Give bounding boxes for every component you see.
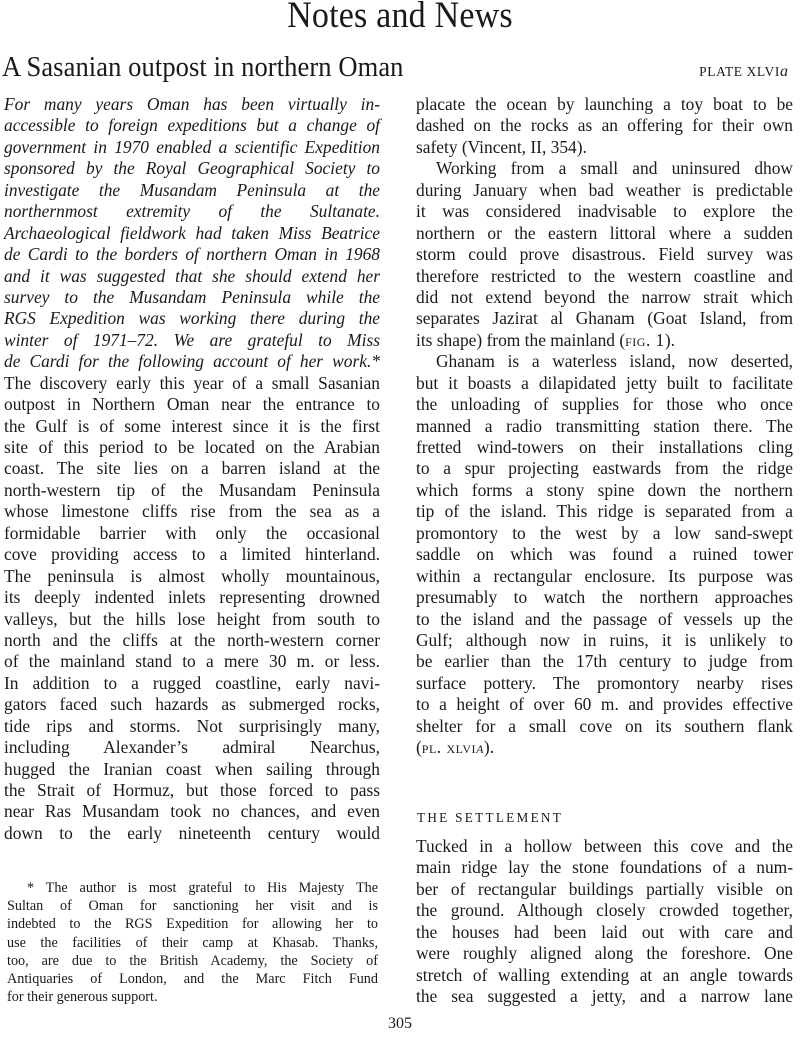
body-line: to the island and the passage of vessels… bbox=[416, 609, 793, 630]
body-line: dashed on the rocks as an offering for t… bbox=[416, 115, 793, 136]
paragraph-ghanam: Ghanam is a waterless island, now desert… bbox=[416, 351, 793, 758]
editorial-intro: For many years Oman has been virtually i… bbox=[4, 94, 380, 373]
footnote-line: Sultan of Oman for sanctioning her visit… bbox=[7, 897, 378, 915]
footnote: * The author is most grateful to His Maj… bbox=[7, 879, 378, 1006]
plate-ref-prefix: PLATE XLVI bbox=[699, 64, 780, 79]
body-line: within a rectangular enclosure. Its purp… bbox=[416, 566, 793, 587]
body-line: Working from a small and uninsured dhow bbox=[416, 158, 793, 179]
body-line: down to the early nineteenth century wou… bbox=[4, 823, 380, 844]
body-line: which forms a stony spine down the north… bbox=[416, 480, 793, 501]
body-line: the unloading of supplies for those who … bbox=[416, 394, 793, 415]
body-line: formidable barrier with only the occasio… bbox=[4, 523, 380, 544]
settlement-paragraph: Tucked in a hollow between this cove and… bbox=[416, 836, 793, 1008]
plate-ref-suffix: a bbox=[780, 63, 788, 80]
body-line: outpost in Northern Oman near the entran… bbox=[4, 394, 380, 415]
body-line: saddle on which was found a ruined tower bbox=[416, 544, 793, 565]
body-line: manned a radio transmitting station ther… bbox=[416, 416, 793, 437]
body-line: during January when bad weather is predi… bbox=[416, 180, 793, 201]
body-line: whose limestone cliffs rise from the sea… bbox=[4, 501, 380, 522]
body-line: north and the cliffs at the north-wester… bbox=[4, 630, 380, 651]
body-line: Tucked in a hollow between this cove and… bbox=[416, 836, 793, 857]
body-line: to a spur projecting eastwards from the … bbox=[416, 458, 793, 479]
body-line: the Strait of Hormuz, but those forced t… bbox=[4, 780, 380, 801]
body-line: therefore restricted to the western coas… bbox=[416, 266, 793, 287]
body-line: shelter for a small cove on its southern… bbox=[416, 716, 793, 737]
body-line: stretch of walling extending at an angle… bbox=[416, 965, 793, 986]
intro-line: investigate the Musandam Peninsula at th… bbox=[4, 180, 380, 201]
body-line: ber of rectangular buildings partially v… bbox=[416, 879, 793, 900]
body-line: the houses had been laid out with care a… bbox=[416, 922, 793, 943]
body-line: the sea suggested a jetty, and a narrow … bbox=[416, 986, 793, 1007]
body-line: (pl. xlvia). bbox=[416, 737, 793, 758]
body-line: to a height of over 60 m. and provides e… bbox=[416, 694, 793, 715]
body-line: In addition to a rugged coastline, early… bbox=[4, 673, 380, 694]
page-number: 305 bbox=[0, 1015, 800, 1033]
body-line: gators faced such hazards as submerged r… bbox=[4, 694, 380, 715]
body-line: the ground. Although closely crowded tog… bbox=[416, 900, 793, 921]
article-title: A Sasanian outpost in northern Oman bbox=[2, 52, 404, 84]
body-line: presumably to watch the northern approac… bbox=[416, 587, 793, 608]
footnote-line: Antiquaries of London, and the Marc Fitc… bbox=[7, 970, 378, 988]
body-line: tide rips and storms. Not surprisingly m… bbox=[4, 716, 380, 737]
intro-line: accessible to foreign expeditions but a … bbox=[4, 115, 380, 136]
body-line: the Gulf is of some interest since it is… bbox=[4, 416, 380, 437]
text: its shape) from the mainland ( bbox=[416, 330, 625, 350]
body-line: The discovery early this year of a small… bbox=[4, 373, 380, 394]
body-line: promontory to the west by a low sand-swe… bbox=[416, 523, 793, 544]
body-line: near Ras Musandam took no chances, and e… bbox=[4, 801, 380, 822]
footnote-line: * The author is most grateful to His Maj… bbox=[7, 879, 378, 897]
plate-reference-link[interactable]: pl. xlvia bbox=[422, 737, 484, 757]
right-column: placate the ocean by launching a toy boa… bbox=[416, 94, 793, 759]
figure-reference[interactable]: fig. 1 bbox=[625, 330, 665, 350]
section-title: Notes and News bbox=[32, 0, 768, 37]
plate-ref-italic: a bbox=[476, 737, 484, 757]
body-line: fretted wind-towers on their installatio… bbox=[416, 437, 793, 458]
body-line: did not extend beyond the narrow strait … bbox=[416, 287, 793, 308]
intro-line: RGS Expedition was working there during … bbox=[4, 308, 380, 329]
text: ). bbox=[484, 737, 494, 757]
section-heading: THE SETTLEMENT bbox=[417, 810, 563, 826]
footnote-line: too, are due to the British Academy, the… bbox=[7, 952, 378, 970]
body-line: including Alexander’s admiral Nearchus, bbox=[4, 737, 380, 758]
intro-line: For many years Oman has been virtually i… bbox=[4, 94, 380, 115]
body-line: tip of the island. This ridge is separat… bbox=[416, 501, 793, 522]
intro-line: northernmost extremity of the Sultanate. bbox=[4, 201, 380, 222]
body-line: storm could prove disastrous. Field surv… bbox=[416, 244, 793, 265]
body-line: separates Jazirat al Ghanam (Goat Island… bbox=[416, 308, 793, 329]
body-line: Ghanam is a waterless island, now desert… bbox=[416, 351, 793, 372]
body-line: site of this period to be located on the… bbox=[4, 437, 380, 458]
body-line: were roughly aligned along the foreshore… bbox=[416, 943, 793, 964]
plate-ref-sc: pl. xlvi bbox=[422, 737, 476, 757]
body-line: Gulf; although now in ruins, it is unlik… bbox=[416, 630, 793, 651]
body-line: north-western tip of the Musandam Penins… bbox=[4, 480, 380, 501]
body-line: safety (Vincent, II, 354). bbox=[416, 137, 793, 158]
footnote-line: use the facilities of their camp at Khas… bbox=[7, 934, 378, 952]
body-line: be earlier than the 17th century to judg… bbox=[416, 651, 793, 672]
intro-line: and it was suggested that she should ext… bbox=[4, 266, 380, 287]
body-line: main ridge lay the stone foundations of … bbox=[416, 857, 793, 878]
plate-reference: PLATE XLVIa bbox=[699, 63, 788, 81]
intro-line: de Cardi for the following account of he… bbox=[4, 351, 380, 372]
body-line: cove providing access to a limited hinte… bbox=[4, 544, 380, 565]
body-line: valleys, but the hills lose height from … bbox=[4, 609, 380, 630]
intro-line: winter of 1971–72. We are grateful to Mi… bbox=[4, 330, 380, 351]
intro-line: sponsored by the Royal Geographical Soci… bbox=[4, 158, 380, 179]
intro-line: government in 1970 enabled a scientific … bbox=[4, 137, 380, 158]
body-line: northern or the eastern littoral where a… bbox=[416, 223, 793, 244]
intro-line: de Cardi to the borders of northern Oman… bbox=[4, 244, 380, 265]
text: ). bbox=[665, 330, 675, 350]
intro-line: survey to the Musandam Peninsula while t… bbox=[4, 287, 380, 308]
paragraph-field-survey: Working from a small and uninsured dhow … bbox=[416, 158, 793, 351]
body-line: The peninsula is almost wholly mountaino… bbox=[4, 566, 380, 587]
body-line: its shape) from the mainland (fig. 1). bbox=[416, 330, 793, 351]
body-line: but it boasts a dilapidated jetty built … bbox=[416, 373, 793, 394]
body-line: hugged the Iranian coast when sailing th… bbox=[4, 759, 380, 780]
body-line: of the mainland stand to a mere 30 m. or… bbox=[4, 651, 380, 672]
body-line: its deeply indented inlets representing … bbox=[4, 587, 380, 608]
body-line: it was considered inadvisable to explore… bbox=[416, 201, 793, 222]
intro-line: Archaeological fieldwork had taken Miss … bbox=[4, 223, 380, 244]
body-paragraph: The discovery early this year of a small… bbox=[4, 373, 380, 845]
paragraph-continuation: placate the ocean by launching a toy boa… bbox=[416, 94, 793, 158]
footnote-line: indebted to the RGS Expedition for allow… bbox=[7, 915, 378, 933]
body-line: surface pottery. The promontory nearby r… bbox=[416, 673, 793, 694]
body-line: coast. The site lies on a barren island … bbox=[4, 458, 380, 479]
body-line: placate the ocean by launching a toy boa… bbox=[416, 94, 793, 115]
footnote-line: for their generous support. bbox=[7, 988, 378, 1006]
left-column: For many years Oman has been virtually i… bbox=[4, 94, 380, 844]
